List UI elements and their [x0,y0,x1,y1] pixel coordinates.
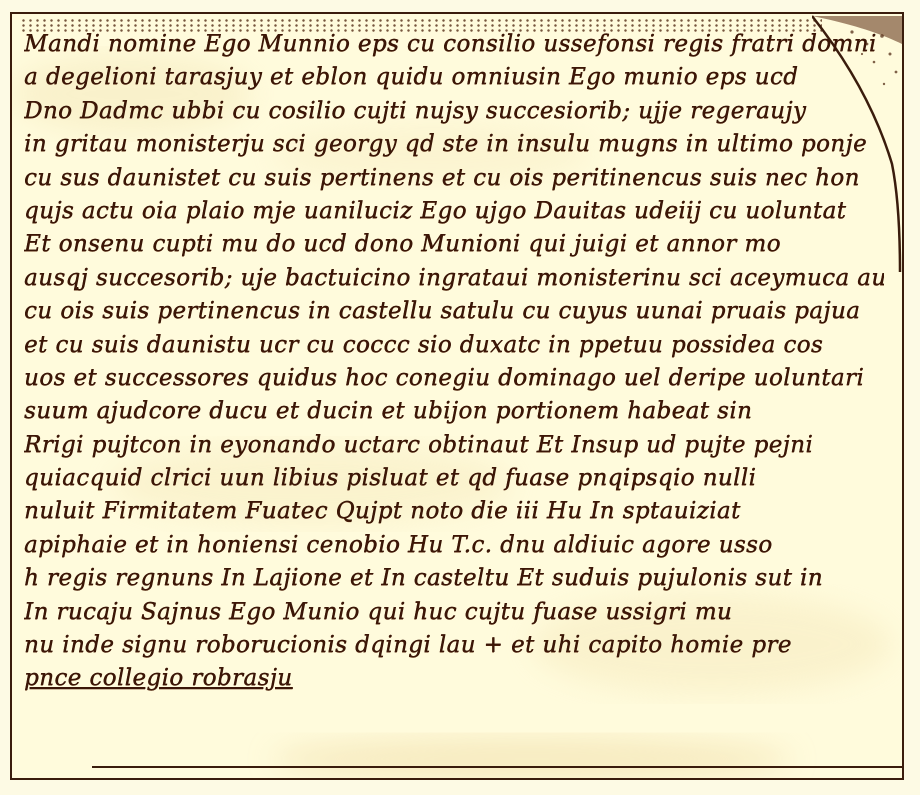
text-line: Mandi nomine Ego Munnio eps cu consilio … [24,28,884,61]
text-line: quiacquid clrici uun libius pisluat et q… [24,462,884,495]
manuscript-text: Mandi nomine Ego Munnio eps cu consilio … [24,28,884,696]
bottom-rule [92,766,902,768]
text-line: qujs actu oia plaio mje uaniluciz Ego uj… [24,195,884,228]
text-line: apiphaie et in honiensi cenobio Hu T.c. … [24,529,884,562]
text-line: Rrigi pujtcon in eyonando uctarc obtinau… [24,429,884,462]
text-line: a degelioni tarasjuy et eblon quidu omni… [24,61,884,94]
text-line-final: pnce collegio robrasju [24,662,884,695]
text-line: Et onsenu cupti mu do ucd dono Munioni q… [24,228,884,261]
text-line: Dno Dadmc ubbi cu cosilio cujti nujsy su… [24,95,884,128]
text-line: nu inde signu roborucionis dqingi lau + … [24,629,884,662]
text-line: cu ois suis pertinencus in castellu satu… [24,295,884,328]
manuscript-page: Mandi nomine Ego Munnio eps cu consilio … [10,12,904,780]
text-line: nuluit Firmitatem Fuatec Qujpt noto die … [24,495,884,528]
text-line: suum ajudcore ducu et ducin et ubijon po… [24,395,884,428]
text-line: cu sus daunistet cu suis pertinens et cu… [24,162,884,195]
text-line: In rucaju Sajnus Ego Munio qui huc cujtu… [24,596,884,629]
text-line: ausqj succesorib; uje bactuicino ingrata… [24,262,884,295]
text-line: in gritau monisterju sci georgy qd ste i… [24,128,884,161]
text-line: h regis regnuns In Lajione et In castelt… [24,562,884,595]
text-line: et cu suis daunistu ucr cu coccc sio dux… [24,329,884,362]
text-line: uos et successores quidus hoc conegiu do… [24,362,884,395]
